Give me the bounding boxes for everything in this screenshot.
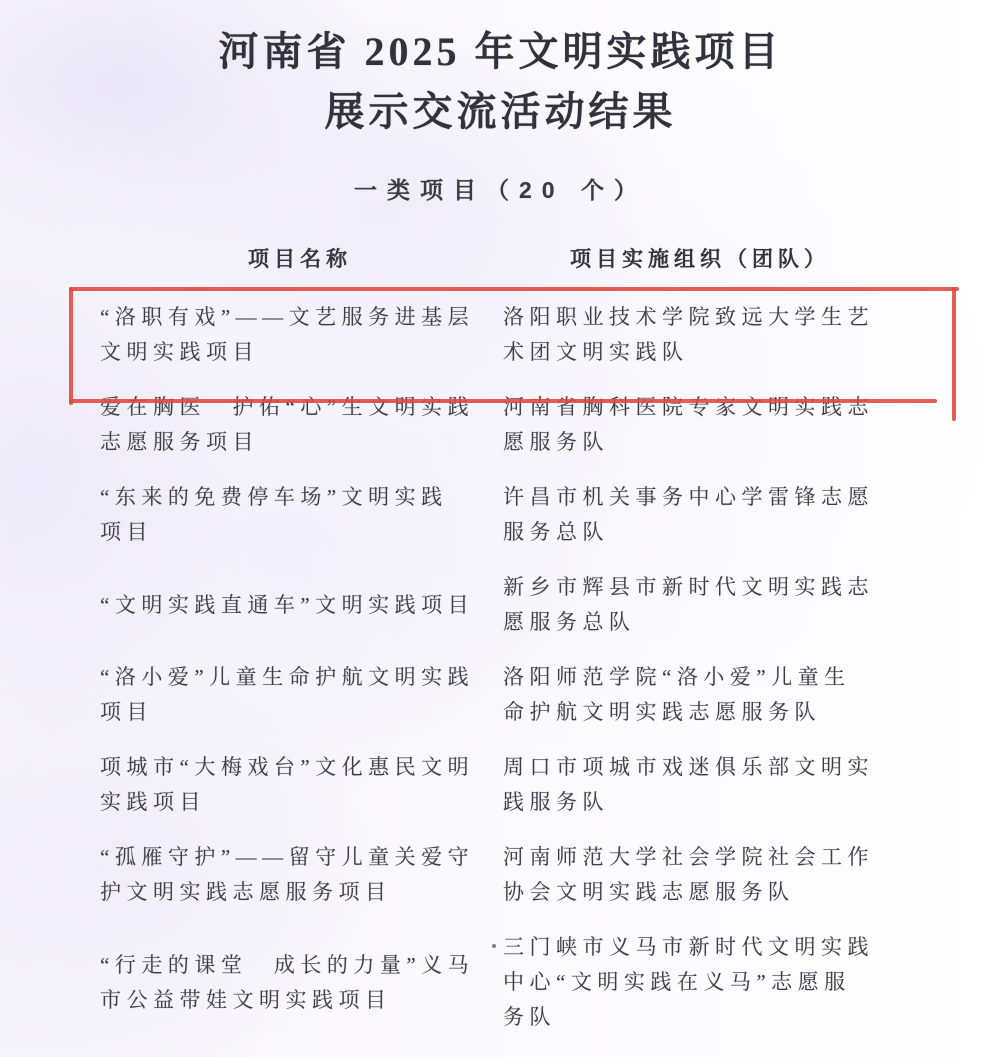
stray-ink-dot [492,944,496,948]
column-header-project-name: 项目名称 [100,243,500,273]
table-row: 项城市“大梅戏台”文化惠民文明 实践项目 周口市项城市戏迷俱乐部文明实 践服务队 [100,750,910,820]
table-row: “孤雁守护”——留守儿童关爱守 护文明实践志愿服务项目 河南师范大学社会学院社会… [100,840,910,910]
page-title: 河南省 2025 年文明实践项目 展示交流活动结果 [0,22,1001,142]
project-name: “文明实践直通车”文明实践项目 [100,588,503,623]
project-org: 洛阳职业技术学院致远大学生艺 术团文明实践队 [503,300,900,370]
project-name: “洛小爱”儿童生命护航文明实践 项目 [100,660,503,730]
highlight-box-right-edge [952,287,956,421]
project-org: 许昌市机关事务中心学雷锋志愿 服务总队 [503,480,900,550]
highlight-box-top-edge [69,287,959,291]
table-row: “文明实践直通车”文明实践项目 新乡市辉县市新时代文明实践志 愿服务总队 [100,570,910,640]
highlight-box-bottom-edge [69,399,937,403]
table-row: “行走的课堂 成长的力量”义马 市公益带娃文明实践项目 三门峡市义马市新时代文明… [100,930,910,1035]
highlight-box-left-edge [69,287,73,405]
column-header-implementing-org: 项目实施组织（团队） [500,243,900,273]
table-row: “洛小爱”儿童生命护航文明实践 项目 洛阳师范学院“洛小爱”儿童生 命护航文明实… [100,660,910,730]
page-title-line2: 展示交流活动结果 [325,89,677,134]
table-header-row: 项目名称 项目实施组织（团队） [100,243,910,273]
project-org: 周口市项城市戏迷俱乐部文明实 践服务队 [503,750,900,820]
project-name: 项城市“大梅戏台”文化惠民文明 实践项目 [100,750,503,820]
project-org: 三门峡市义马市新时代文明实践 中心“文明实践在义马”志愿服 务队 [503,930,900,1035]
page-title-line1: 河南省 2025 年文明实践项目 [219,29,783,74]
table-row: “东来的免费停车场”文明实践 项目 许昌市机关事务中心学雷锋志愿 服务总队 [100,480,910,550]
project-name: “行走的课堂 成长的力量”义马 市公益带娃文明实践项目 [100,948,503,1018]
project-org: 河南师范大学社会学院社会工作 协会文明实践志愿服务队 [503,840,900,910]
results-table: 项目名称 项目实施组织（团队） “洛职有戏”——文艺服务进基层 文明实践项目 洛… [100,243,910,1055]
project-org: 新乡市辉县市新时代文明实践志 愿服务总队 [503,570,900,640]
table-row: “洛职有戏”——文艺服务进基层 文明实践项目 洛阳职业技术学院致远大学生艺 术团… [100,300,910,370]
project-name: “洛职有戏”——文艺服务进基层 文明实践项目 [100,300,503,370]
project-name: “东来的免费停车场”文明实践 项目 [100,480,503,550]
section-heading: 一类项目（20 个） [0,172,1001,205]
project-name: “孤雁守护”——留守儿童关爱守 护文明实践志愿服务项目 [100,840,503,910]
project-org: 洛阳师范学院“洛小爱”儿童生 命护航文明实践志愿服务队 [503,660,900,730]
